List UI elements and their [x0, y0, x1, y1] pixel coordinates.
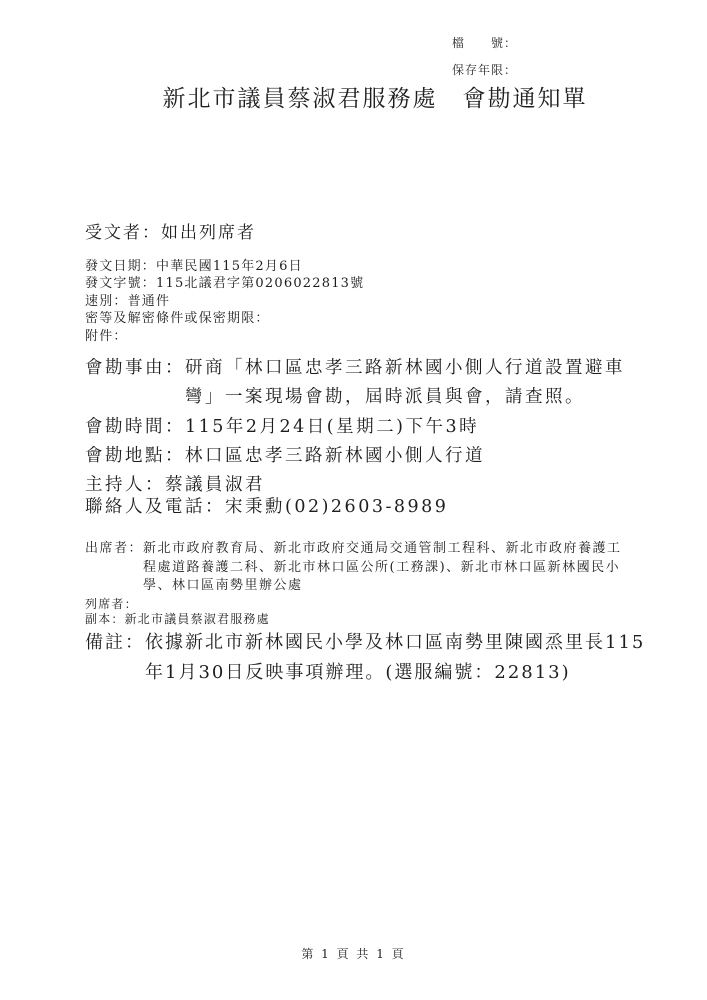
doc-number-value: 115北議君字第0206022813號 [156, 276, 364, 291]
cc-value: 新北市議員蔡淑君服務處 [125, 612, 270, 626]
remarks-value: 依據新北市新林國民小學及林口區南勢里陳國烝里長115 年1月30日反映事項辦理。… [145, 628, 645, 687]
inspection-subject-value: 研商「林口區忠孝三路新林國小側人行道設置避車 彎」一案現場會勘，屆時派員與會，請… [185, 354, 625, 412]
remarks-block: 備註： 依據新北市新林國民小學及林口區南勢里陳國烝里長115 年1月30日反映事… [85, 628, 645, 687]
inspection-time-label: 會勘時間： [85, 413, 185, 438]
inspection-subject-label: 會勘事由： [85, 354, 185, 383]
speed-label: 速別： [85, 294, 128, 309]
inspection-location-label: 會勘地點： [85, 442, 185, 467]
speed-line: 速別：普通件 [85, 293, 364, 310]
file-number-label: 檔 號： [452, 30, 517, 57]
recipient-label: 受文者： [85, 223, 161, 243]
inspection-subject-line-1: 研商「林口區忠孝三路新林國小側人行道設置避車 [185, 354, 625, 383]
remarks-line-2: 年1月30日反映事項辦理。(選服編號：22813) [145, 658, 645, 688]
attendees-value: 新北市政府教育局、新北市政府交通局交通管制工程科、新北市政府養護工 程處道路養護… [143, 540, 622, 596]
issue-date-line: 發文日期：中華民國115年2月6日 [85, 258, 364, 275]
attendees-block: 出席者： 新北市政府教育局、新北市政府交通局交通管制工程科、新北市政府養護工 程… [85, 540, 622, 596]
attendees-label: 出席者： [85, 540, 143, 559]
attachment-line: 附件： [85, 328, 364, 345]
file-header: 檔 號： 保存年限： [452, 30, 517, 84]
remarks-line-1: 依據新北市新林國民小學及林口區南勢里陳國烝里長115 [145, 628, 645, 658]
inspection-location-value: 林口區忠孝三路新林國小側人行道 [185, 442, 485, 467]
inspection-location: 會勘地點： 林口區忠孝三路新林國小側人行道 [85, 442, 485, 467]
speed-value: 普通件 [128, 294, 171, 309]
attendees-line-2: 程處道路養護二科、新北市林口區公所(工務課)、新北市林口區新林國民小 [143, 559, 622, 578]
attachment-label: 附件： [85, 329, 128, 344]
recipient-value: 如出列席者 [161, 223, 256, 243]
doc-number-line: 發文字號：115北議君字第0206022813號 [85, 275, 364, 292]
cc-line: 副本：新北市議員蔡淑君服務處 [85, 610, 270, 627]
contact-value: 宋秉勳(02)2603-8989 [225, 493, 448, 518]
attendees-line-1: 新北市政府教育局、新北市政府交通局交通管制工程科、新北市政府養護工 [143, 540, 622, 559]
document-page: 檔 號： 保存年限： 新北市議員蔡淑君服務處 會勘通知單 受文者：如出列席者 發… [0, 0, 707, 1000]
remarks-label: 備註： [85, 628, 145, 658]
doc-number-label: 發文字號： [85, 276, 156, 291]
inspection-subject: 會勘事由： 研商「林口區忠孝三路新林國小側人行道設置避車 彎」一案現場會勘，屆時… [85, 354, 625, 412]
meta-block: 發文日期：中華民國115年2月6日 發文字號：115北議君字第020602281… [85, 258, 364, 345]
observers-label: 列席者： [85, 597, 138, 611]
inspection-subject-line-2: 彎」一案現場會勘，屆時派員與會，請查照。 [185, 383, 625, 412]
issue-date-label: 發文日期： [85, 259, 156, 274]
inspection-time: 會勘時間： 115年2月24日(星期二)下午3時 [85, 413, 479, 438]
issue-date-value: 中華民國115年2月6日 [156, 259, 303, 274]
attendees-line-3: 學、林口區南勢里辦公處 [143, 577, 622, 596]
contact-line: 聯絡人及電話： 宋秉勳(02)2603-8989 [85, 493, 448, 518]
contact-label: 聯絡人及電話： [85, 493, 225, 518]
page-number: 第 1 頁 共 1 頁 [0, 945, 707, 962]
document-title: 新北市議員蔡淑君服務處 會勘通知單 [0, 80, 707, 113]
inspection-time-value: 115年2月24日(星期二)下午3時 [185, 413, 479, 438]
security-label: 密等及解密條件或保密期限： [85, 311, 270, 326]
recipient-line: 受文者：如出列席者 [85, 218, 256, 243]
security-line: 密等及解密條件或保密期限： [85, 310, 364, 327]
cc-label: 副本： [85, 612, 125, 626]
